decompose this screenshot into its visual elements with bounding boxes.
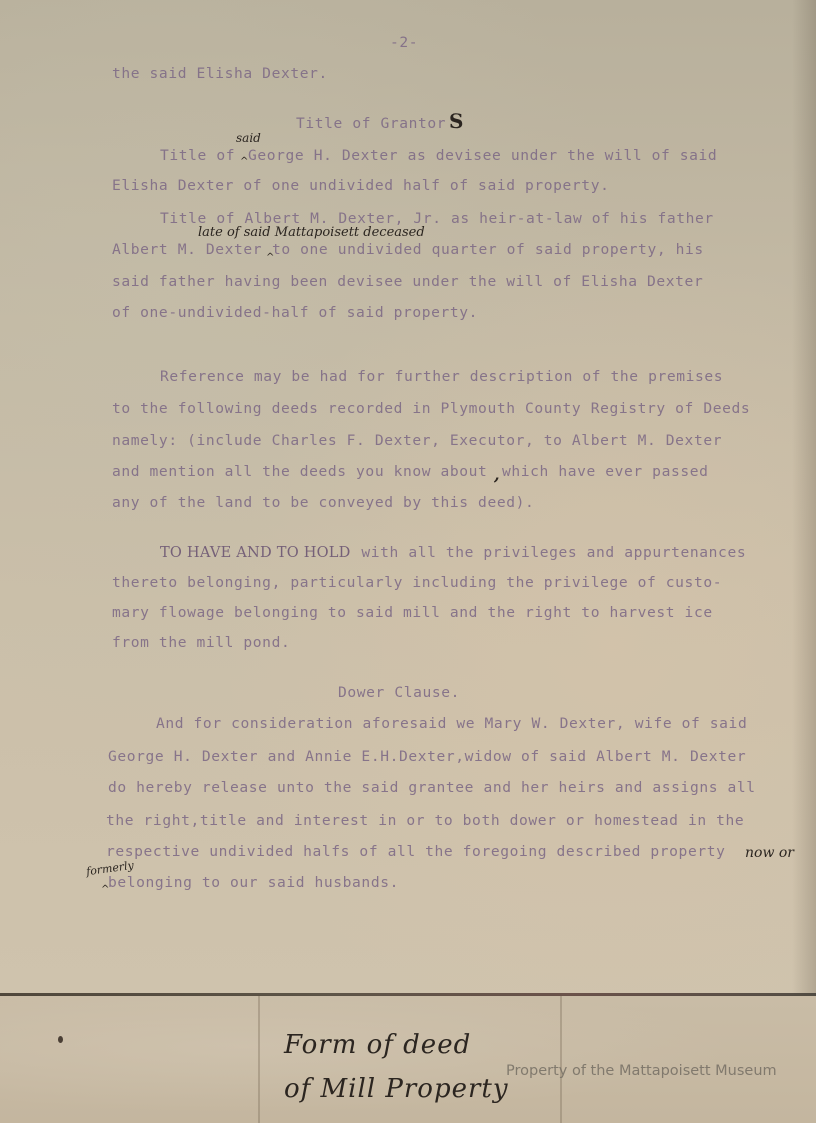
page-number: -2- <box>390 34 418 51</box>
handwritten-comma: , <box>494 465 500 484</box>
dower-line6: belonging to our said husbands. <box>108 874 399 891</box>
dower-line1: And for consideration aforesaid we Mary … <box>156 715 747 732</box>
habendum-caps: TO HAVE AND TO HOLD <box>160 544 351 561</box>
back-label-line1: Form of deed <box>284 1030 471 1060</box>
grantor-para1-line2: Elisha Dexter of one undivided half of s… <box>112 177 609 194</box>
dower-line2: George H. Dexter and Annie E.H.Dexter,wi… <box>108 748 746 765</box>
grantor-para1-line1-rest: George H. Dexter as devisee under the wi… <box>248 147 717 164</box>
paper-fold-line <box>258 996 260 1123</box>
habendum-line1-rest: with all the privileges and appurtenance… <box>352 544 746 561</box>
reference-line1: Reference may be had for further descrip… <box>160 368 723 385</box>
section-heading-dower-clause: Dower Clause. <box>338 684 460 701</box>
dower-line4: the right,title and interest in or to bo… <box>106 812 744 829</box>
section-heading-title-of-grantors: Title of Grantor <box>296 115 446 132</box>
habendum-line3: mary flowage belonging to said mill and … <box>112 604 713 621</box>
reference-line4-part-b: which have ever passed <box>502 463 709 480</box>
grantor-para2-line2-rest: to one undivided quarter of said propert… <box>272 241 704 258</box>
grantor-para2-line3: said father having been devisee under th… <box>112 273 703 290</box>
grantor-para2-line4: of one-undivided-half of said property. <box>112 304 478 321</box>
grantor-para2-line2-prefix: Albert M. Dexter <box>112 241 262 258</box>
grantor-para1-line1-prefix: Title of <box>160 147 235 164</box>
handwritten-s-correction: S <box>449 109 463 133</box>
museum-watermark: Property of the Mattapoisett Museum <box>506 1063 777 1079</box>
paper-fold-line <box>560 996 562 1123</box>
reference-line2: to the following deeds recorded in Plymo… <box>112 400 750 417</box>
back-label-line2: of Mill Property <box>284 1074 509 1104</box>
habendum-line2: thereto belonging, particularly includin… <box>112 574 722 591</box>
dower-line3: do hereby release unto the said grantee … <box>108 779 756 796</box>
reference-line4-part-a: and mention all the deeds you know about <box>112 463 487 480</box>
opening-line: the said Elisha Dexter. <box>112 65 328 82</box>
habendum-line4: from the mill pond. <box>112 634 290 651</box>
handwritten-insertion-now-or: now or <box>745 845 794 861</box>
reference-line3: namely: (include Charles F. Dexter, Exec… <box>112 432 722 449</box>
ink-spot <box>58 1036 63 1043</box>
dower-line5: respective undivided halfs of all the fo… <box>106 843 726 860</box>
handwritten-insertion-said: said <box>236 131 261 145</box>
reference-line5: any of the land to be conveyed by this d… <box>112 494 534 511</box>
handwritten-insertion-late-of-said-mattapoisett: late of said Mattapoisett deceased <box>198 225 425 240</box>
